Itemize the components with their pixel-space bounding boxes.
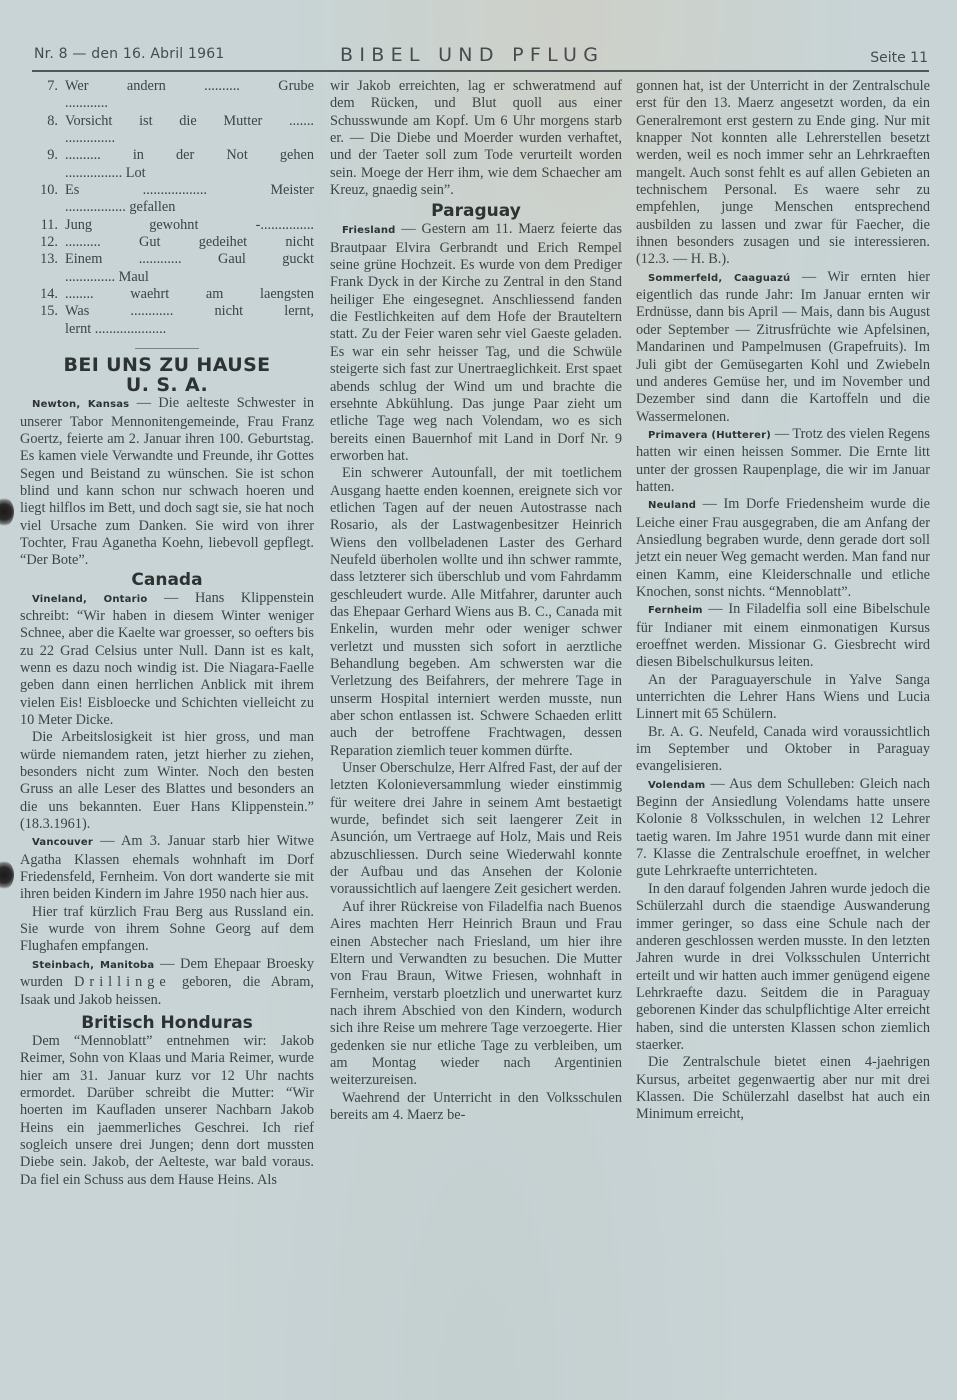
proverb-item: 13.Einem ............ Gaul guckt........… — [20, 251, 314, 286]
article-honduras-cont: wir Jakob erreichten, lag er schweratmen… — [330, 78, 622, 199]
page-header: Nr. 8 — den 16. Abril 1961 BIBEL UND PFL… — [34, 46, 928, 68]
proverb-number: 13. — [20, 251, 65, 268]
article-steinbach: Steinbach, Manitoba — Dem Ehepaar Broesk… — [20, 956, 314, 1009]
proverb-number: 15. — [20, 303, 65, 320]
punch-hole-icon — [0, 497, 14, 527]
proverb-item: 12........... Gut gedeihet nicht — [20, 234, 314, 251]
article-friesland: Friesland — Gestern am 11. Maerz feierte… — [330, 221, 622, 465]
article-honduras: Dem “Mennoblatt” entnehmen wir: Jakob Re… — [20, 1033, 314, 1189]
punch-hole-icon — [0, 860, 14, 890]
proverb-number: 8. — [20, 113, 65, 130]
proverb-text: Was ............ nicht lernt, — [65, 303, 314, 320]
proverb-number: 14. — [20, 286, 65, 303]
publication-title: BIBEL UND PFLUG — [340, 44, 604, 66]
article-volendam-p2: In den darauf folgenden Jahren wurde jed… — [636, 881, 930, 1054]
divider — [135, 348, 199, 349]
column-1: 7.Wer andern .......... Grube...........… — [20, 78, 314, 1189]
proverb-text: Einem ............ Gaul guckt — [65, 251, 314, 268]
dateline: Sommerfeld, Caaguazú — [648, 273, 790, 284]
proverb-text: Es .................. Meister — [65, 182, 314, 199]
dateline: Fernheim — [648, 605, 703, 616]
article-volendam: Volendam — Aus dem Schulleben: Gleich na… — [636, 776, 930, 881]
article-newton: Newton, Kansas — Die aelteste Schwester … — [20, 395, 314, 569]
page-number: Seite 11 — [870, 50, 928, 66]
column-3: gonnen hat, ist der Unterricht in der Ze… — [636, 78, 930, 1124]
proverb-text: .......... Gut gedeihet nicht — [65, 234, 314, 251]
proverb-list: 7.Wer andern .......... Grube...........… — [20, 78, 314, 338]
section-title-honduras: Britisch Honduras — [20, 1013, 314, 1033]
proverb-continuation: ................ Lot — [20, 165, 314, 182]
proverb-number: 7. — [20, 78, 65, 95]
proverb-continuation: ............ — [20, 95, 314, 112]
proverb-number: 9. — [20, 147, 65, 164]
section-title-canada: Canada — [20, 570, 314, 590]
column-2: wir Jakob erreichten, lag er schweratmen… — [330, 78, 622, 1124]
dateline: Vineland, Ontario — [32, 594, 147, 605]
article-vancouver: Vancouver — Am 3. Januar starb hier Witw… — [20, 833, 314, 903]
proverb-continuation: .............. — [20, 130, 314, 147]
proverb-text: Wer andern .......... Grube — [65, 78, 314, 95]
proverb-continuation: lernt .................... — [20, 321, 314, 338]
proverb-continuation: .............. Maul — [20, 269, 314, 286]
dateline: Newton, Kansas — [32, 399, 129, 410]
proverb-item: 11.Jung gewohnt -............... — [20, 217, 314, 234]
article-fernheim: Fernheim — In Filadelfia soll eine Bibel… — [636, 601, 930, 671]
section-title-home: BEI UNS ZU HAUSE — [20, 355, 314, 375]
dateline: Steinbach, Manitoba — [32, 960, 154, 971]
issue-date: Nr. 8 — den 16. Abril 1961 — [34, 46, 224, 62]
proverb-item: 14......... waehrt am laengsten — [20, 286, 314, 303]
proverb-text: Vorsicht ist die Mutter ....... — [65, 113, 314, 130]
section-title-paraguay: Paraguay — [330, 201, 622, 221]
article-friesland-p5-cont: gonnen hat, ist der Unterricht in der Ze… — [636, 78, 930, 269]
article-friesland-p5: Waehrend der Unterricht in den Volksschu… — [330, 1090, 622, 1125]
proverb-number: 12. — [20, 234, 65, 251]
section-title-usa: U. S. A. — [20, 375, 314, 395]
article-neuland: Neuland — Im Dorfe Friedensheim wurde di… — [636, 496, 930, 601]
article-volendam-p3: Die Zentralschule bietet einen 4-jaehrig… — [636, 1054, 930, 1123]
proverb-item: 15.Was ............ nicht lernt,lernt ..… — [20, 303, 314, 338]
article-friesland-p4: Auf ihrer Rückreise von Filadelfia nach … — [330, 899, 622, 1090]
dateline: Friesland — [342, 225, 396, 236]
proverb-item: 7.Wer andern .......... Grube...........… — [20, 78, 314, 113]
dateline: Volendam — [648, 780, 705, 791]
proverb-text: .......... in der Not gehen — [65, 147, 314, 164]
proverb-continuation: ................. gefallen — [20, 199, 314, 216]
proverb-number: 11. — [20, 217, 65, 234]
header-rule — [32, 70, 929, 72]
article-vineland: Vineland, Ontario — Hans Klippenstein sc… — [20, 590, 314, 730]
dateline: Neuland — [648, 500, 696, 511]
article-friesland-p2: Ein schwerer Autounfall, der mit toetlic… — [330, 465, 622, 760]
article-friesland-p3: Unser Oberschulze, Herr Alfred Fast, der… — [330, 760, 622, 899]
article-sommerfeld: Sommerfeld, Caaguazú — Wir ernten hier e… — [636, 269, 930, 426]
proverb-item: 8.Vorsicht ist die Mutter ..............… — [20, 113, 314, 148]
article-primavera: Primavera (Hutterer) — Trotz des vielen … — [636, 426, 930, 496]
proverb-number: 10. — [20, 182, 65, 199]
article-vineland-p2: Die Arbeitslosigkeit ist hier gross, und… — [20, 729, 314, 833]
dateline: Primavera (Hutterer) — [648, 430, 771, 441]
article-vancouver-p2: Hier traf kürzlich Frau Berg aus Russlan… — [20, 904, 314, 956]
proverb-item: 9........... in der Not gehen...........… — [20, 147, 314, 182]
article-fernheim-p2: An der Paraguayerschule in Yalve Sanga u… — [636, 672, 930, 724]
proverb-text: ........ waehrt am laengsten — [65, 286, 314, 303]
proverb-text: Jung gewohnt -............... — [65, 217, 314, 234]
dateline: Vancouver — [32, 837, 93, 848]
proverb-item: 10.Es .................. Meister........… — [20, 182, 314, 217]
article-fernheim-p3: Br. A. G. Neufeld, Canada wird voraussic… — [636, 724, 930, 776]
